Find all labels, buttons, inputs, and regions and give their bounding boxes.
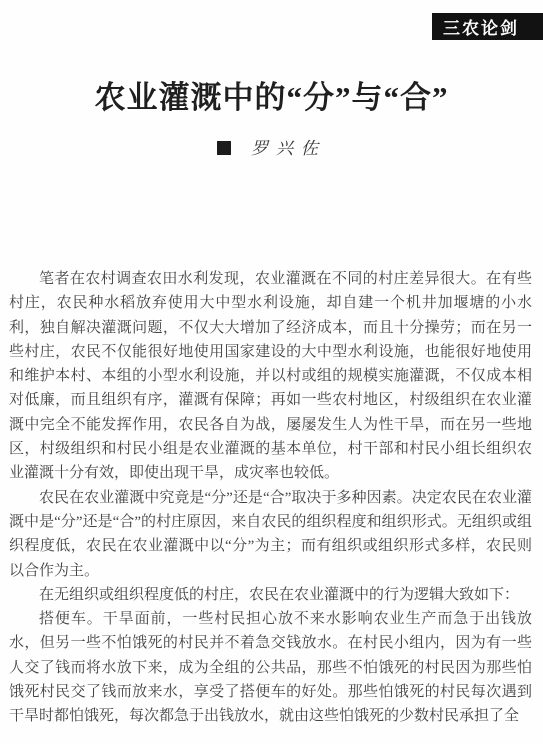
section-tag: 三农论剑 — [432, 13, 543, 40]
author-marker-square-icon: ■ — [217, 141, 231, 155]
body-paragraph: 农民在农业灌溉中究竟是“分”还是“合”取决于多种因素。决定农民在农业灌溉中是“分… — [9, 486, 532, 583]
scanned-article-page: 三农论剑 农业灌溉中的“分”与“合” ■罗兴佐 笔者在农村调查农田水利发现，农业… — [0, 0, 543, 744]
author-name: 罗兴佐 — [251, 139, 326, 158]
body-paragraph: 笔者在农村调查农田水利发现，农业灌溉在不同的村庄差异很大。在有些村庄，农民种水稻… — [9, 267, 532, 486]
body-paragraph: 在无组织或组织程度低的村庄，农民在农业灌溉中的行为逻辑大致如下： — [9, 583, 532, 607]
article-title: 农业灌溉中的“分”与“合” — [0, 72, 543, 117]
author-line: ■罗兴佐 — [0, 134, 543, 159]
body-paragraph: 搭便车。干旱面前，一些村民担心放不来水影响农业生产而急于出钱放水，但另一些不怕饿… — [9, 607, 532, 728]
article-body: 笔者在农村调查农田水利发现，农业灌溉在不同的村庄差异很大。在有些村庄，农民种水稻… — [9, 267, 532, 729]
